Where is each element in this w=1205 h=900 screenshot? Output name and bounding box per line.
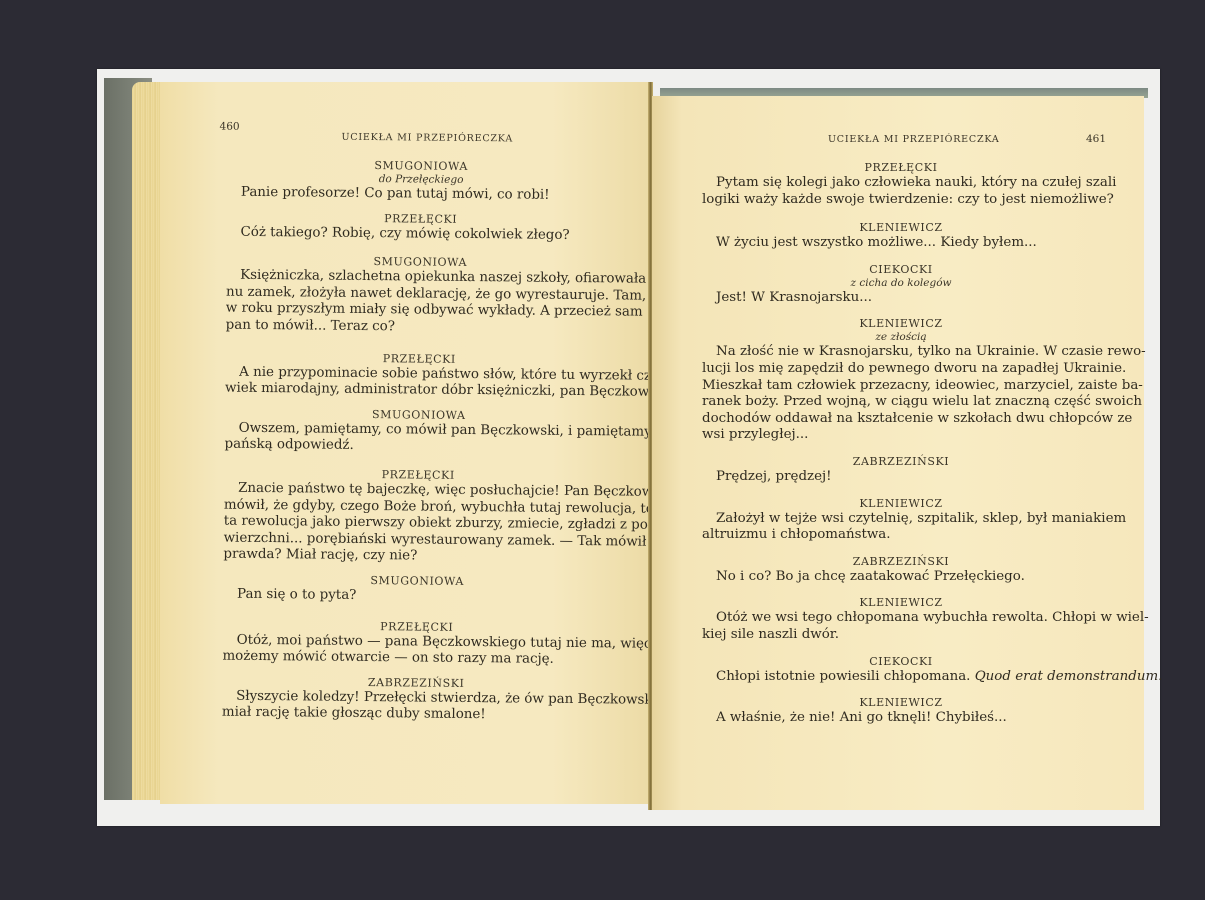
speech: KLENIEWICZ ze złością Na złość nie w Kra… [702, 316, 1100, 444]
dialogue-text: Chłopi istotnie powiesili chłopomana. [716, 669, 970, 684]
speech: SMUGONIOWA do Przełęckiego Panie profeso… [227, 157, 615, 205]
speaker-name: KLENIEWICZ [702, 595, 1100, 610]
dialogue-line: Pytam się kolegi jako człowieka nauki, k… [702, 175, 1100, 192]
dialogue-line: W życiu jest wszystko możliwe... Kiedy b… [702, 235, 1100, 252]
speaker-name: KLENIEWICZ [702, 695, 1100, 710]
speaker-name: ZABRZEZIŃSKI [702, 454, 1100, 469]
dialogue-line: wsi przyległej... [702, 427, 1100, 444]
dialogue-line: logiki waży każde swoje twierdzenie: czy… [702, 192, 1100, 209]
page-number: 461 [1086, 133, 1106, 145]
speech: PRZEŁĘCKI Otóż, moi państwo — pana Bęczk… [222, 617, 610, 669]
speech: KLENIEWICZ W życiu jest wszystko możliwe… [702, 220, 1100, 252]
speech: ZABRZEZIŃSKI No i co? Bo ja chcę zaatako… [702, 554, 1100, 586]
latin-phrase: Quod erat demonstrandum. [975, 669, 1163, 684]
right-page-text: PRZEŁĘCKI Pytam się kolegi jako człowiek… [702, 160, 1100, 738]
speech: ZABRZEZIŃSKI Prędzej, prędzej! [702, 454, 1100, 486]
dialogue-line: Chłopi istotnie powiesili chłopomana. Qu… [702, 669, 1100, 686]
dialogue-line: Mieszkał tam człowiek przezacny, ideowie… [702, 378, 1100, 395]
dialogue-line: Jest! W Krasnojarsku... [702, 290, 1100, 307]
speech: PRZEŁĘCKI Cóż takiego? Robię, czy mówię … [226, 209, 614, 244]
speaker-name: CIEKOCKI [702, 654, 1100, 669]
dialogue-line: altruizmu i chłopomaństwa. [702, 527, 1100, 544]
speaker-name: KLENIEWICZ [702, 220, 1100, 235]
speech: PRZEŁĘCKI A nie przypominacie sobie pańs… [225, 349, 613, 401]
dialogue-line: kiej sile naszli dwór. [702, 627, 1100, 644]
dialogue-line: Panie profesorze! Co pan tutaj mówi, co … [227, 185, 615, 205]
page-number: 460 [220, 121, 240, 133]
scan-background: 460 UCIEKŁA MI PRZEPIÓRECZKA SMUGONIOWA … [0, 0, 1205, 900]
speaker-name: KLENIEWICZ [702, 496, 1100, 511]
running-head: UCIEKŁA MI PRZEPIÓRECZKA [828, 134, 1000, 145]
running-head: UCIEKŁA MI PRZEPIÓRECZKA [341, 132, 513, 145]
speech: SMUGONIOWA Księżniczka, szlachetna opiek… [226, 253, 615, 338]
dialogue-line: dochodów oddawał na kształcenie w szkoła… [702, 411, 1100, 428]
speech: KLENIEWICZ Otóż we wsi tego chłopomana w… [702, 595, 1100, 643]
dialogue-line: Pan się o to pyta? [223, 587, 611, 607]
stage-direction: ze złością [702, 331, 1100, 344]
dialogue-line: Prędzej, prędzej! [702, 469, 1100, 486]
speech: SMUGONIOWA Owszem, pamiętamy, co mówił p… [224, 405, 612, 457]
right-page: UCIEKŁA MI PRZEPIÓRECZKA 461 PRZEŁĘCKI P… [652, 96, 1144, 810]
speaker-name: KLENIEWICZ [702, 316, 1100, 331]
dialogue-line: pańską odpowiedź. [224, 437, 612, 457]
dialogue-line: No i co? Bo ja chcę zaatakować Przełęcki… [702, 569, 1100, 586]
speaker-name: PRZEŁĘCKI [702, 160, 1100, 175]
left-page: 460 UCIEKŁA MI PRZEPIÓRECZKA SMUGONIOWA … [160, 82, 650, 804]
dialogue-line: Cóż takiego? Robię, czy mówię cokolwiek … [226, 224, 614, 244]
speech: KLENIEWICZ Założył w tejże wsi czytelnię… [702, 496, 1100, 544]
dialogue-line: wiek miarodajny, administrator dóbr księ… [225, 381, 613, 401]
speech: KLENIEWICZ A właśnie, że nie! Ani go tkn… [702, 695, 1100, 727]
dialogue-line: Otóż we wsi tego chłopomana wybuchła rew… [702, 610, 1100, 627]
speaker-name: CIEKOCKI [702, 262, 1100, 277]
dialogue-line: prawda? Miał rację, czy nie? [223, 547, 611, 567]
speech: CIEKOCKI Chłopi istotnie powiesili chłop… [702, 654, 1100, 686]
dialogue-line: miał rację takie głosząc duby smalone! [222, 705, 610, 725]
speech: ZABRZEZIŃSKI Słyszycie koledzy! Przełęck… [222, 673, 610, 725]
speech: CIEKOCKI z cicha do kolegów Jest! W Kras… [702, 262, 1100, 307]
dialogue-line: lucji los mię zapędził do pewnego dworu … [702, 361, 1100, 378]
stage-direction: z cicha do kolegów [702, 277, 1100, 290]
speaker-name: ZABRZEZIŃSKI [702, 554, 1100, 569]
left-page-text: SMUGONIOWA do Przełęckiego Panie profeso… [222, 157, 616, 737]
dialogue-line: Założył w tejże wsi czytelnię, szpitalik… [702, 511, 1100, 528]
speech: PRZEŁĘCKI Pytam się kolegi jako człowiek… [702, 160, 1100, 208]
dialogue-line: A właśnie, że nie! Ani go tknęli! Chybił… [702, 710, 1100, 727]
dialogue-line: ranek boży. Przed wojną, w ciągu wielu l… [702, 394, 1100, 411]
dialogue-line: Na złość nie w Krasnojarsku, tylko na Uk… [702, 344, 1100, 361]
speech: SMUGONIOWA Pan się o to pyta? [223, 572, 611, 607]
speech: PRZEŁĘCKI Znacie państwo tę bajeczkę, wi… [223, 466, 612, 568]
dialogue-line: możemy mówić otwarcie — on sto razy ma r… [222, 649, 610, 669]
